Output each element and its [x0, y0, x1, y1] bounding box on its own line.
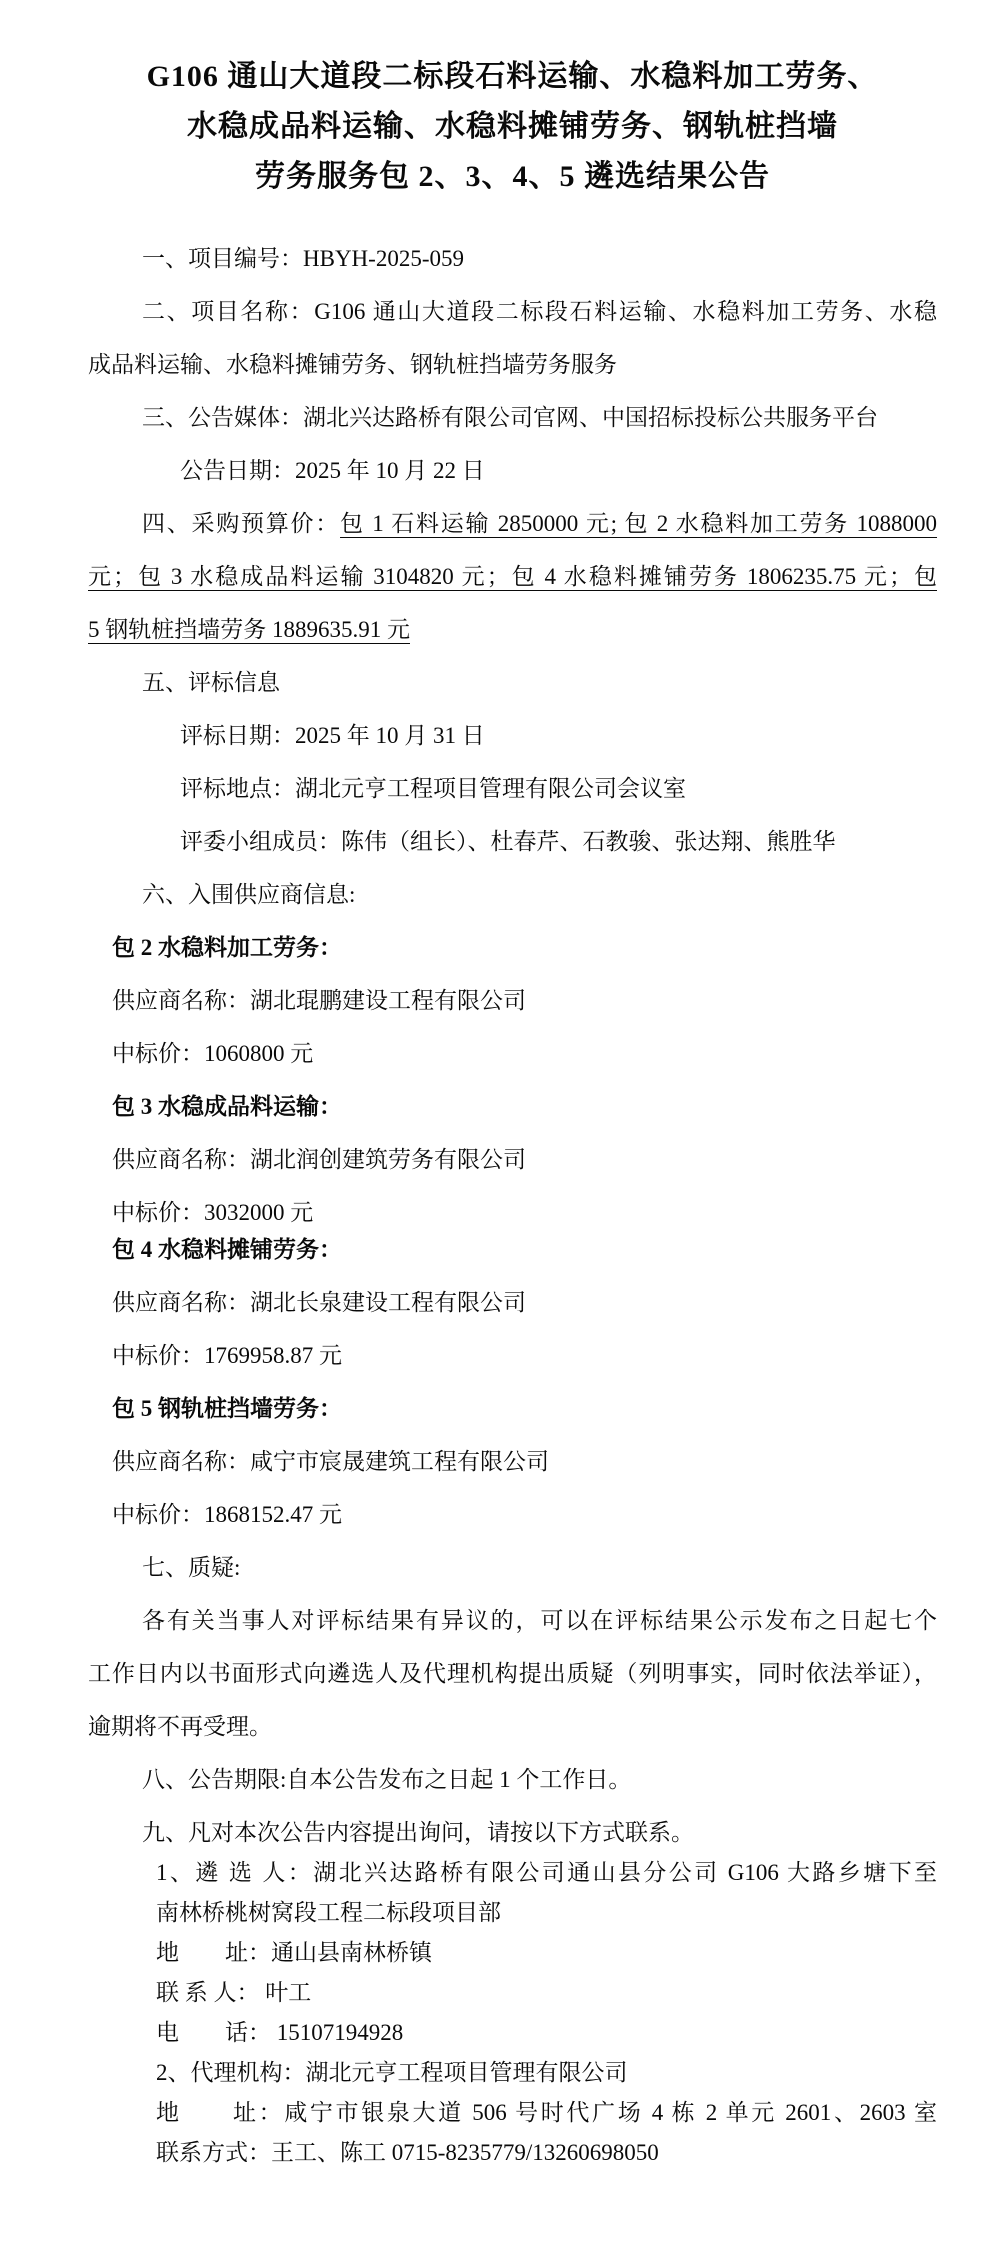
announce-date-line: 公告日期：2025 年 10 月 22 日 — [88, 444, 937, 497]
objection-heading: 七、质疑: — [88, 1541, 937, 1594]
announcement-title: G106 通山大道段二标段石料运输、水稳料加工劳务、 水稳成品料运输、水稳料摊铺… — [88, 52, 937, 202]
selector-line-2: 南林桥桃树窝段工程二标段项目部 — [88, 1893, 937, 1933]
package-4-supplier: 供应商名称：湖北长泉建设工程有限公司 — [88, 1276, 937, 1329]
contact-heading: 九、凡对本次公告内容提出询问，请按以下方式联系。 — [88, 1806, 937, 1859]
objection-line-1: 各有关当事人对评标结果有异议的，可以在评标结果公示发布之日起七个 — [88, 1594, 937, 1647]
package-4-price: 中标价：1769958.87 元 — [88, 1329, 937, 1382]
package-2-heading: 包 2 水稳料加工劳务： — [88, 921, 937, 974]
budget-label: 四、采购预算价： — [142, 511, 340, 536]
project-number-line: 一、项目编号：HBYH-2025-059 — [88, 232, 937, 285]
selector-address-line: 地 址：通山县南林桥镇 — [88, 1933, 937, 1973]
agency-contact-line: 联系方式：王工、陈工 0715-8235779/13260698050 — [88, 2133, 937, 2173]
document-page: G106 通山大道段二标段石料运输、水稳料加工劳务、 水稳成品料运输、水稳料摊铺… — [0, 0, 1000, 2261]
evaluation-place-line: 评标地点：湖北元亨工程项目管理有限公司会议室 — [88, 762, 937, 815]
package-5-price: 中标价：1868152.47 元 — [88, 1488, 937, 1541]
package-5-supplier: 供应商名称：咸宁市宸晟建筑工程有限公司 — [88, 1435, 937, 1488]
agency-line: 2、代理机构：湖北元亨工程项目管理有限公司 — [88, 2053, 937, 2093]
evaluation-heading: 五、评标信息 — [88, 656, 937, 709]
objection-line-2: 工作日内以书面形式向遴选人及代理机构提出质疑（列明事实，同时依法举证）， — [88, 1647, 937, 1700]
project-name-line-2: 成品料运输、水稳料摊铺劳务、钢轨桩挡墙劳务服务 — [88, 338, 937, 391]
selector-phone-line: 电 话： 15107194928 — [88, 2013, 937, 2053]
title-line-2: 水稳成品料运输、水稳料摊铺劳务、钢轨桩挡墙 — [88, 102, 937, 152]
selector-line-1: 1、遴 选 人：湖北兴达路桥有限公司通山县分公司 G106 大路乡塘下至 — [88, 1853, 937, 1893]
agency-address-line: 地 址：咸宁市银泉大道 506 号时代广场 4 栋 2 单元 2601、2603… — [88, 2093, 937, 2133]
package-4-heading: 包 4 水稳料摊铺劳务： — [88, 1223, 937, 1276]
evaluation-date-line: 评标日期：2025 年 10 月 31 日 — [88, 709, 937, 762]
package-2-price: 中标价：1060800 元 — [88, 1027, 937, 1080]
title-line-1: G106 通山大道段二标段石料运输、水稳料加工劳务、 — [88, 52, 937, 102]
package-3-supplier: 供应商名称：湖北润创建筑劳务有限公司 — [88, 1133, 937, 1186]
package-3-heading: 包 3 水稳成品料运输： — [88, 1080, 937, 1133]
period-line: 八、公告期限:自本公告发布之日起 1 个工作日。 — [88, 1753, 937, 1806]
budget-line-1: 四、采购预算价：包 1 石料运输 2850000 元; 包 2 水稳料加工劳务 … — [88, 497, 937, 550]
package-5-heading: 包 5 钢轨桩挡墙劳务： — [88, 1382, 937, 1435]
evaluation-panel-line: 评委小组成员：陈伟（组长）、杜春芹、石教骏、张达翔、熊胜华 — [88, 815, 937, 868]
package-2-supplier: 供应商名称：湖北琨鹏建设工程有限公司 — [88, 974, 937, 1027]
objection-line-3: 逾期将不再受理。 — [88, 1700, 937, 1753]
budget-line-3: 5 钢轨桩挡墙劳务 1889635.91 元 — [88, 603, 937, 656]
winners-heading: 六、入围供应商信息: — [88, 868, 937, 921]
title-line-3: 劳务服务包 2、3、4、5 遴选结果公告 — [88, 152, 937, 202]
budget-line-2: 元；包 3 水稳成品料运输 3104820 元；包 4 水稳料摊铺劳务 1806… — [88, 550, 937, 603]
project-name-line-1: 二、项目名称：G106 通山大道段二标段石料运输、水稳料加工劳务、水稳 — [88, 285, 937, 338]
budget-value-1: 包 1 石料运输 2850000 元; 包 2 水稳料加工劳务 1088000 — [340, 511, 937, 536]
contact-block: 1、遴 选 人：湖北兴达路桥有限公司通山县分公司 G106 大路乡塘下至 南林桥… — [88, 1853, 937, 2173]
selector-person-line: 联 系 人： 叶工 — [88, 1973, 937, 2013]
media-line: 三、公告媒体：湖北兴达路桥有限公司官网、中国招标投标公共服务平台 — [88, 391, 937, 444]
